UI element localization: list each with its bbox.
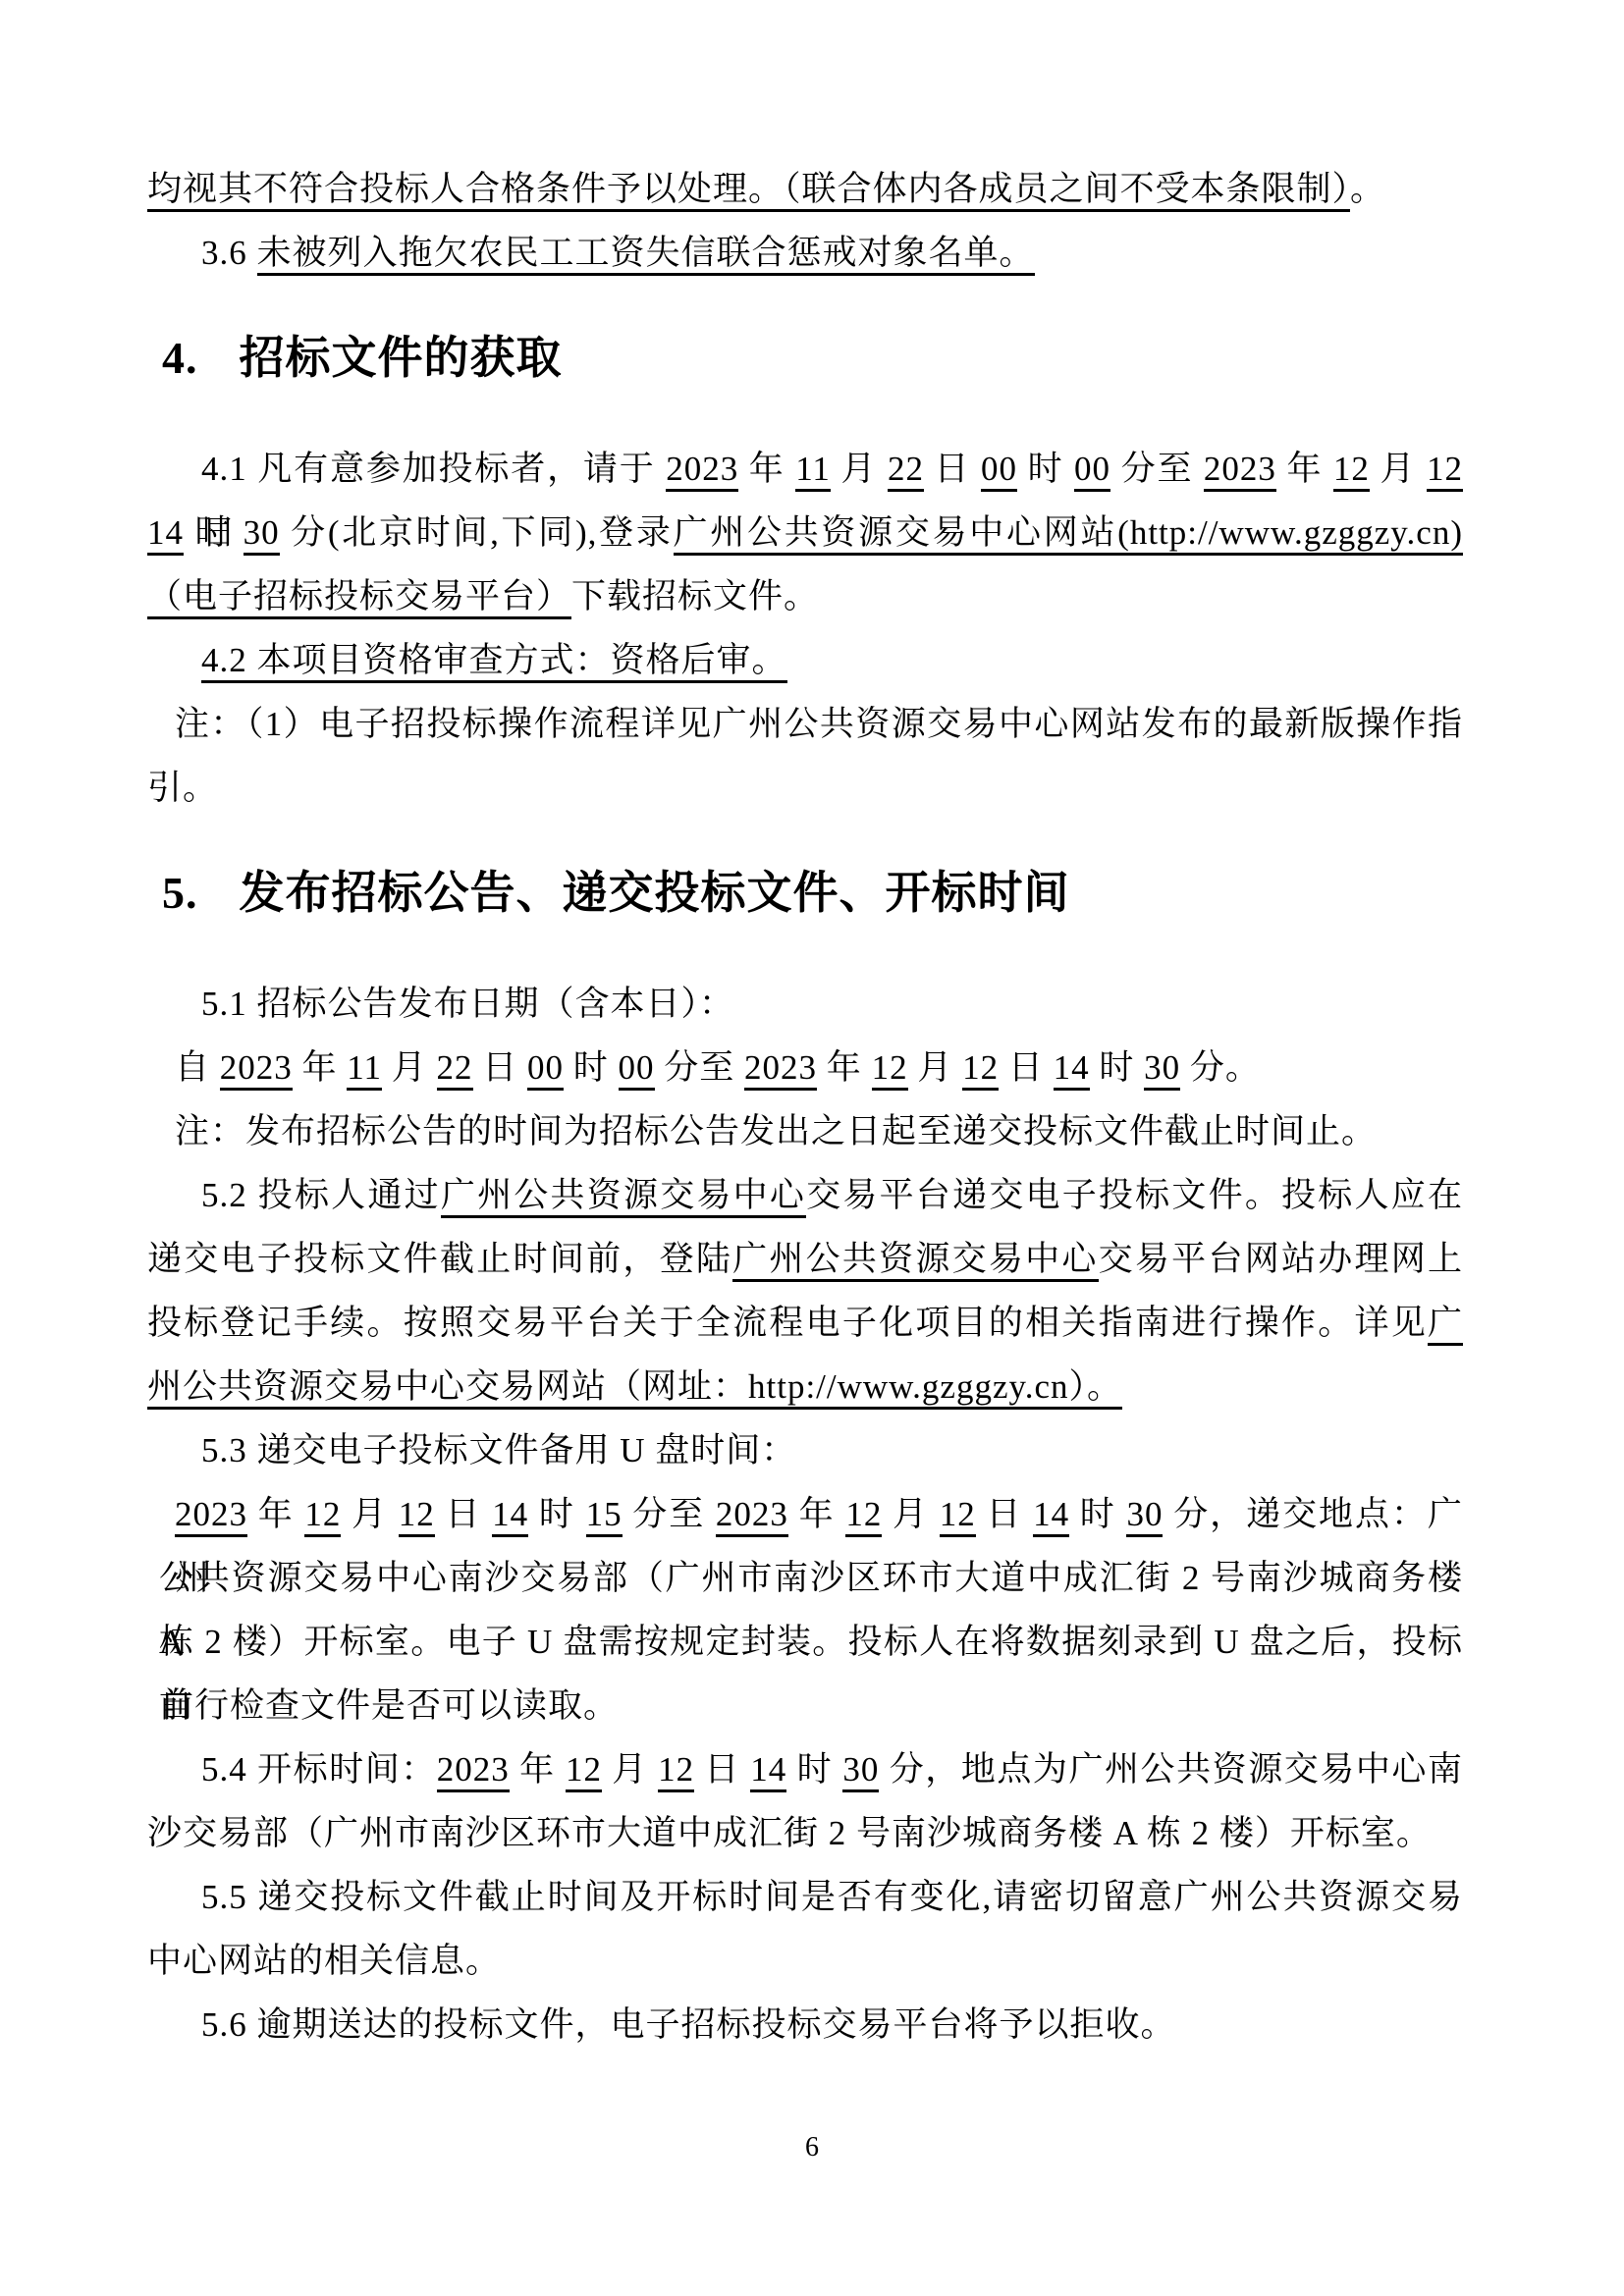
text-line: 自 2023 年 11 月 22 日 00 时 00 分至 2023 年 12 … [147,1036,1463,1099]
underlined-text: 12 [1333,450,1370,492]
underlined-text: 12 [940,1495,976,1537]
underlined-text: 12 [658,1750,694,1792]
text-run: 自行检查文件是否可以读取。 [159,1686,619,1725]
underlined-text: 30 [244,513,280,556]
text-run: 月 [908,1048,963,1087]
text-run: 投标登记手续。按照交易平台关于全流程电子化项目的相关指南进行操作。详见 [147,1304,1428,1342]
underlined-text: 州公共资源交易中心交易网站（网址：http://www.gzggzy.cn）。 [147,1367,1122,1410]
underlined-text: 11 [795,450,831,492]
text-run: 下载招标文件。 [571,577,819,615]
text-run: 3.6 [201,234,257,272]
text-run: 分至 [623,1495,716,1533]
document-page: 均视其不符合投标人合格条件予以处理。（联合体内各成员之间不受本条限制）。3.6 … [0,0,1624,2296]
underlined-text: 14 [492,1495,528,1537]
underlined-text: 2023 [1204,450,1276,492]
text-run: 年 [738,450,795,488]
underlined-text: （电子招标投标交易平台） [147,577,571,619]
text-run: 月 [602,1750,658,1789]
underlined-text: 14 [1033,1495,1069,1537]
text-run: 日 [473,1048,528,1087]
section-title: 发布招标公告、递交投标文件、开标时间 [240,868,1070,918]
text-run: 5.6 逾期送达的投标文件，电子招标投标交易平台将予以拒收。 [201,2005,1176,2044]
text-run: 时 [184,513,244,552]
text-run: 日 [999,1048,1054,1087]
underlined-text: 22 [888,450,924,492]
text-run: 月 [831,450,888,488]
text-run: 4.1 凡有意参加投标者，请于 [201,450,666,488]
text-run: 中心网站的相关信息。 [147,1942,501,1980]
underlined-text: 2023 [437,1750,510,1792]
text-line: 投标登记手续。按照交易平台关于全流程电子化项目的相关指南进行操作。详见广 [147,1291,1463,1355]
underlined-text: 2023 [744,1048,817,1091]
text-run: 年 [1276,450,1333,488]
text-run: 分，地点为广州公共资源交易中心南 [879,1750,1463,1789]
text-run: 日 [924,450,981,488]
underlined-text: 14 [1054,1048,1090,1091]
text-line: 14 时 30 分(北京时间,下同),登录广州公共资源交易中心网站(http:/… [147,501,1463,564]
underlined-text: 12 [399,1495,435,1537]
text-run: 时 [1069,1495,1126,1533]
section-number: 5. [162,868,198,918]
underlined-text: 未被列入拖欠农民工工资失信联合惩戒对象名单。 [257,234,1035,276]
page-number: 6 [0,2128,1624,2167]
text-run: 月 [1370,450,1427,488]
text-run: 引。 [147,769,218,807]
underlined-text: 14 [750,1750,786,1792]
underlined-text: 12 [845,1495,882,1537]
underlined-text: 11 [347,1048,382,1091]
underlined-text: 00 [619,1048,655,1091]
text-run: 自 [175,1048,220,1087]
underlined-text: 00 [527,1048,564,1091]
section-heading: 5.发布招标公告、递交投标文件、开标时间 [147,859,1463,928]
text-run: 交易平台递交电子投标文件。投标人应在 [806,1176,1463,1214]
text-run: 时 [564,1048,619,1087]
text-line: 沙交易部（广州市南沙区环市大道中成汇街 2 号南沙城商务楼 A 栋 2 楼）开标… [147,1801,1463,1865]
underlined-text: 12 [1427,450,1463,492]
text-run: 注：发布招标公告的时间为招标公告发出之日起至递交投标文件截止时间止。 [175,1112,1377,1150]
underlined-text: 12 [872,1048,908,1091]
text-line: 引。 [147,756,1463,820]
text-line: 5.6 逾期送达的投标文件，电子招标投标交易平台将予以拒收。 [147,1993,1463,2056]
text-run: 月 [341,1495,398,1533]
text-run: 沙交易部（广州市南沙区环市大道中成汇街 2 号南沙城商务楼 A 栋 2 楼）开标… [147,1814,1432,1852]
underlined-text: 12 [962,1048,999,1091]
text-run: 时 [1017,450,1074,488]
underlined-text: 广 [1428,1304,1463,1346]
section-heading: 4.招标文件的获取 [147,324,1463,393]
text-run: 月 [382,1048,437,1087]
text-run: 年 [817,1048,872,1087]
underlined-text: 广州公共资源交易中心 [732,1240,1099,1282]
underlined-text: 2023 [220,1048,293,1091]
underlined-text: 均视其不符合投标人合格条件予以处理。（联合体内各成员之间不受本条限制） [147,170,1350,212]
text-run: 5.1 招标公告发布日期（含本日）： [201,985,734,1023]
text-run: 时 [786,1750,842,1789]
text-run: 年 [788,1495,845,1533]
text-line: 5.3 递交电子投标文件备用 U 盘时间： [147,1418,1463,1482]
text-run: 分。 [1180,1048,1261,1087]
underlined-text: 4.2 本项目资格审查方式：资格后审。 [201,641,787,683]
text-line: 递交电子投标文件截止时间前，登陆广州公共资源交易中心交易平台网站办理网上 [147,1227,1463,1291]
document-content: 均视其不符合投标人合格条件予以处理。（联合体内各成员之间不受本条限制）。3.6 … [147,157,1463,2056]
underlined-text: 2023 [666,450,738,492]
underlined-text: 30 [1144,1048,1180,1091]
text-line: 4.1 凡有意参加投标者，请于 2023 年 11 月 22 日 00 时 00… [147,437,1463,501]
text-line: （电子招标投标交易平台）下载招标文件。 [147,564,1463,628]
text-run: 日 [694,1750,750,1789]
text-run: 5.5 递交投标文件截止时间及开标时间是否有变化,请密切留意广州公共资源交易 [201,1878,1463,1916]
text-run: 时 [528,1495,585,1533]
underlined-text: 2023 [716,1495,788,1537]
underlined-text: 15 [586,1495,623,1537]
text-line: 5.5 递交投标文件截止时间及开标时间是否有变化,请密切留意广州公共资源交易 [147,1865,1463,1929]
text-line: 5.4 开标时间：2023 年 12 月 12 日 14 时 30 分，地点为广… [147,1737,1463,1801]
section-number: 4. [162,333,198,383]
text-line: 栋 2 楼）开标室。电子 U 盘需按规定封装。投标人在将数据刻录到 U 盘之后，… [147,1610,1463,1674]
text-run: 日 [976,1495,1033,1533]
underlined-text: 12 [566,1750,602,1792]
text-run: 分(北京时间,下同),登录 [280,513,674,552]
section-title: 招标文件的获取 [240,333,563,383]
text-run: 。 [1350,170,1385,208]
text-run: 递交电子投标文件截止时间前，登陆 [147,1240,732,1278]
text-line: 注：（1）电子招投标操作流程详见广州公共资源交易中心网站发布的最新版操作指 [147,692,1463,756]
underlined-text: 30 [842,1750,879,1792]
underlined-text: 广州公共资源交易中心 [441,1176,806,1218]
text-line: 公共资源交易中心南沙交易部（广州市南沙区环市大道中成汇街 2 号南沙城商务楼 A [147,1546,1463,1610]
underlined-text: 14 [147,513,184,556]
text-line: 5.2 投标人通过广州公共资源交易中心交易平台递交电子投标文件。投标人应在 [147,1163,1463,1227]
underlined-text: 广州公共资源交易中心网站(http://www.gzggzy.cn) [674,513,1463,556]
text-line: 均视其不符合投标人合格条件予以处理。（联合体内各成员之间不受本条限制）。 [147,157,1463,221]
text-run: 注：（1）电子招投标操作流程详见广州公共资源交易中心网站发布的最新版操作指 [175,705,1463,743]
text-line: 州公共资源交易中心交易网站（网址：http://www.gzggzy.cn）。 [147,1355,1463,1418]
underlined-text: 00 [981,450,1017,492]
text-line: 2023 年 12 月 12 日 14 时 15 分至 2023 年 12 月 … [147,1482,1463,1546]
text-line: 4.2 本项目资格审查方式：资格后审。 [147,628,1463,692]
underlined-text: 2023 [175,1495,247,1537]
underlined-text: 12 [304,1495,341,1537]
text-line: 注：发布招标公告的时间为招标公告发出之日起至递交投标文件截止时间止。 [147,1099,1463,1163]
text-line: 中心网站的相关信息。 [147,1929,1463,1993]
text-run: 分至 [1110,450,1204,488]
text-run: 交易平台网站办理网上 [1099,1240,1463,1278]
text-run: 年 [293,1048,348,1087]
text-line: 自行检查文件是否可以读取。 [147,1674,1463,1737]
text-run: 5.2 投标人通过 [201,1176,441,1214]
text-run: 分至 [655,1048,745,1087]
text-run: 5.4 开标时间： [201,1750,437,1789]
text-run: 日 [435,1495,492,1533]
text-run: 5.3 递交电子投标文件备用 U 盘时间： [201,1431,796,1469]
text-line: 5.1 招标公告发布日期（含本日）： [147,972,1463,1036]
text-run: 时 [1090,1048,1145,1087]
text-line: 3.6 未被列入拖欠农民工工资失信联合惩戒对象名单。 [147,221,1463,285]
underlined-text: 30 [1126,1495,1163,1537]
underlined-text: 22 [437,1048,473,1091]
text-run: 年 [510,1750,566,1789]
underlined-text: 00 [1074,450,1110,492]
text-run: 年 [247,1495,304,1533]
text-run: 月 [882,1495,939,1533]
